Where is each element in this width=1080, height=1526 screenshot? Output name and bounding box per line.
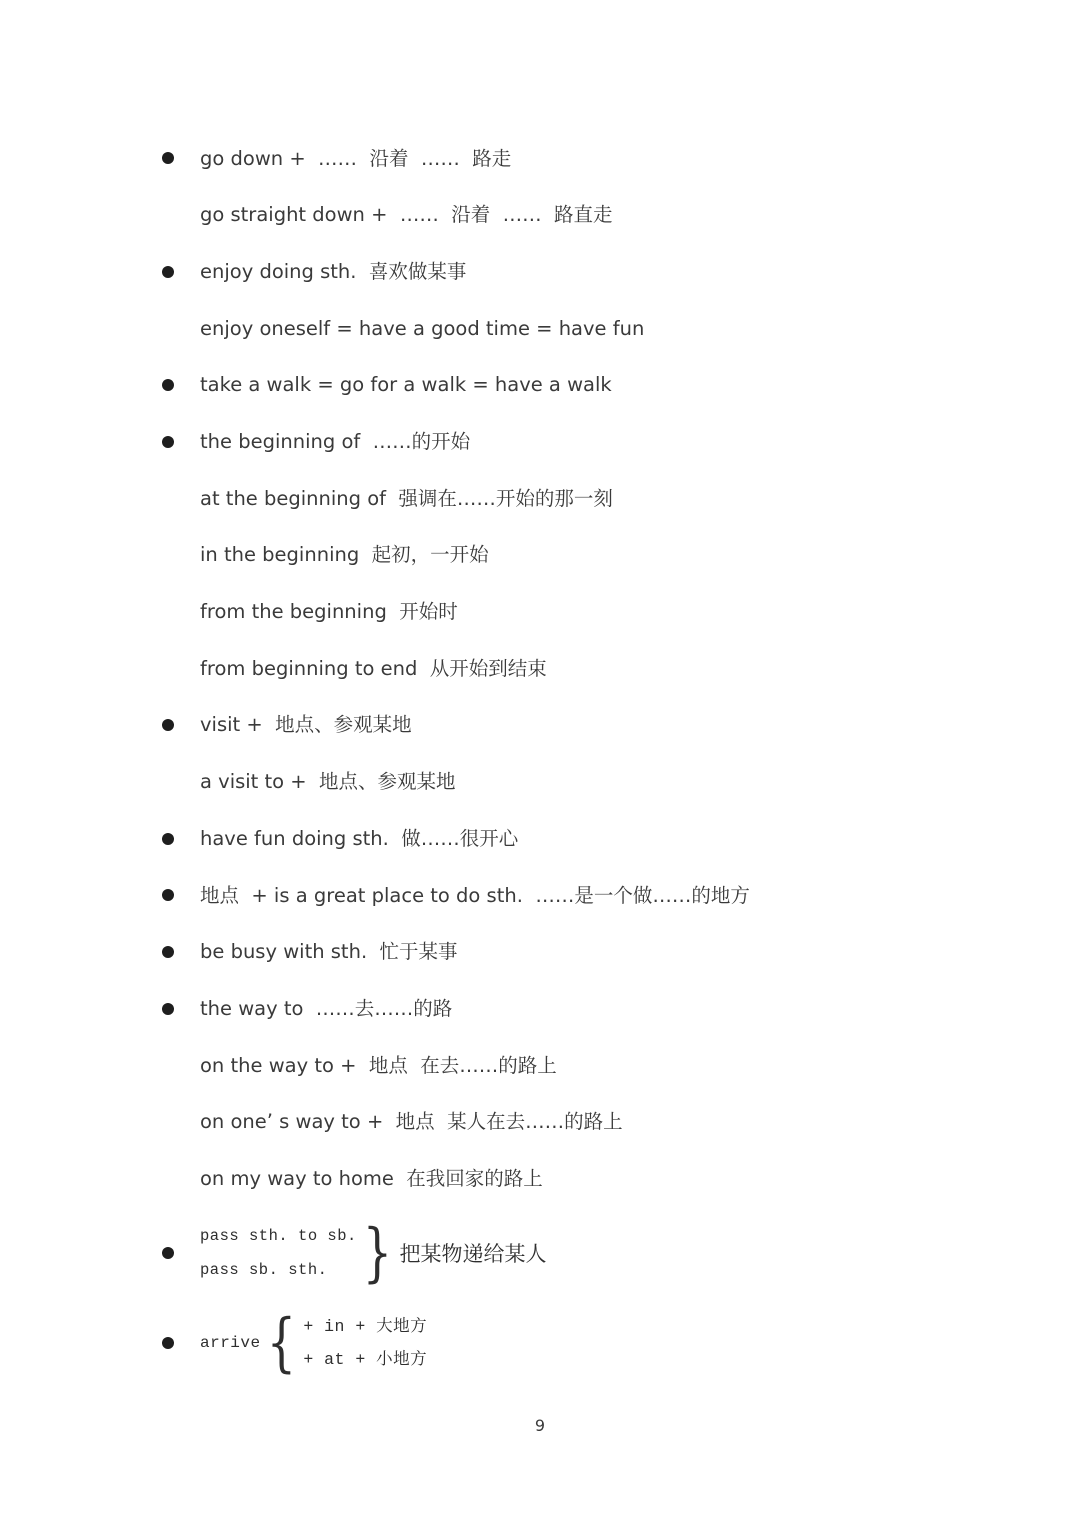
phrase-text: have fun doing sth. 做……很开心 xyxy=(200,829,518,849)
list-subitem: go straight down + …… 沿着 …… 路直走 xyxy=(0,187,1080,244)
pass-line-2: pass sb. sth. xyxy=(200,1253,357,1287)
phrase-text: at the beginning of 强调在……开始的那一刻 xyxy=(200,489,613,509)
pass-formula-lines: pass sth. to sb. pass sb. sth. xyxy=(200,1219,357,1287)
list-item: have fun doing sth. 做……很开心 xyxy=(0,810,1080,867)
phrase-text: enjoy oneself = have a good time = have … xyxy=(200,319,644,339)
phrase-text: the beginning of ……的开始 xyxy=(200,432,470,452)
list-item: the way to ……去……的路 xyxy=(0,980,1080,1037)
bullet-icon xyxy=(162,379,174,391)
list-item: the beginning of ……的开始 xyxy=(0,413,1080,470)
list-item: be busy with sth. 忙于某事 xyxy=(0,924,1080,981)
phrase-text: take a walk = go for a walk = have a wal… xyxy=(200,375,612,395)
phrase-text: 地点 + is a great place to do sth. ……是一个做…… xyxy=(200,886,750,906)
bullet-icon xyxy=(162,1337,174,1349)
pass-line-1: pass sth. to sb. xyxy=(200,1219,357,1253)
bullet-icon xyxy=(162,266,174,278)
phrase-text: on my way to home 在我回家的路上 xyxy=(200,1169,543,1189)
arrive-line-1: + in + 大地方 xyxy=(303,1310,427,1343)
phrase-text: from beginning to end 从开始到结束 xyxy=(200,659,547,679)
arrive-formula-lines: + in + 大地方 + at + 小地方 xyxy=(303,1310,427,1376)
list-subitem: enjoy oneself = have a good time = have … xyxy=(0,300,1080,357)
list-subitem: on my way to home 在我回家的路上 xyxy=(0,1150,1080,1207)
list-subitem: from the beginning 开始时 xyxy=(0,584,1080,641)
phrase-text: the way to ……去……的路 xyxy=(200,999,452,1019)
pass-translation: 把某物递给某人 xyxy=(400,1238,547,1268)
list-item: go down + …… 沿着 …… 路走 xyxy=(0,130,1080,187)
list-subitem: on the way to + 地点 在去……的路上 xyxy=(0,1037,1080,1094)
bullet-icon xyxy=(162,946,174,958)
phrase-text: go straight down + …… 沿着 …… 路直走 xyxy=(200,205,613,225)
phrase-text: go down + …… 沿着 …… 路走 xyxy=(200,149,511,169)
phrase-list: go down + …… 沿着 …… 路走 go straight down +… xyxy=(0,130,1080,1379)
list-subitem: a visit to + 地点、参观某地 xyxy=(0,754,1080,811)
phrase-text: be busy with sth. 忙于某事 xyxy=(200,942,458,962)
bullet-icon xyxy=(162,436,174,448)
list-item: enjoy doing sth. 喜欢做某事 xyxy=(0,243,1080,300)
bullet-icon xyxy=(162,833,174,845)
list-item: visit + 地点、参观某地 xyxy=(0,697,1080,754)
arrive-word: arrive xyxy=(200,1334,261,1352)
list-item: take a walk = go for a walk = have a wal… xyxy=(0,357,1080,414)
right-brace: } xyxy=(363,1220,392,1286)
bullet-icon xyxy=(162,889,174,901)
list-subitem: in the beginning 起初，一开始 xyxy=(0,527,1080,584)
arrive-formula-group: arrive { + in + 大地方 + at + 小地方 xyxy=(0,1307,1080,1379)
left-brace: { xyxy=(266,1310,295,1376)
phrase-text: enjoy doing sth. 喜欢做某事 xyxy=(200,262,466,282)
bullet-icon xyxy=(162,1003,174,1015)
document-page: go down + …… 沿着 …… 路走 go straight down +… xyxy=(0,0,1080,1526)
page-number: 9 xyxy=(0,1416,1080,1435)
bullet-icon xyxy=(162,1247,174,1259)
phrase-text: from the beginning 开始时 xyxy=(200,602,458,622)
bullet-icon xyxy=(162,152,174,164)
list-subitem: on one’ s way to + 地点 某人在去……的路上 xyxy=(0,1094,1080,1151)
phrase-text: a visit to + 地点、参观某地 xyxy=(200,772,456,792)
bullet-icon xyxy=(162,719,174,731)
arrive-line-2: + at + 小地方 xyxy=(303,1343,427,1376)
phrase-text: in the beginning 起初，一开始 xyxy=(200,545,489,565)
list-subitem: from beginning to end 从开始到结束 xyxy=(0,640,1080,697)
list-item: 地点 + is a great place to do sth. ……是一个做…… xyxy=(0,867,1080,924)
pass-formula-group: pass sth. to sb. pass sb. sth. } 把某物递给某人 xyxy=(0,1217,1080,1289)
phrase-text: visit + 地点、参观某地 xyxy=(200,715,412,735)
phrase-text: on one’ s way to + 地点 某人在去……的路上 xyxy=(200,1112,623,1132)
list-subitem: at the beginning of 强调在……开始的那一刻 xyxy=(0,470,1080,527)
phrase-text: on the way to + 地点 在去……的路上 xyxy=(200,1056,557,1076)
